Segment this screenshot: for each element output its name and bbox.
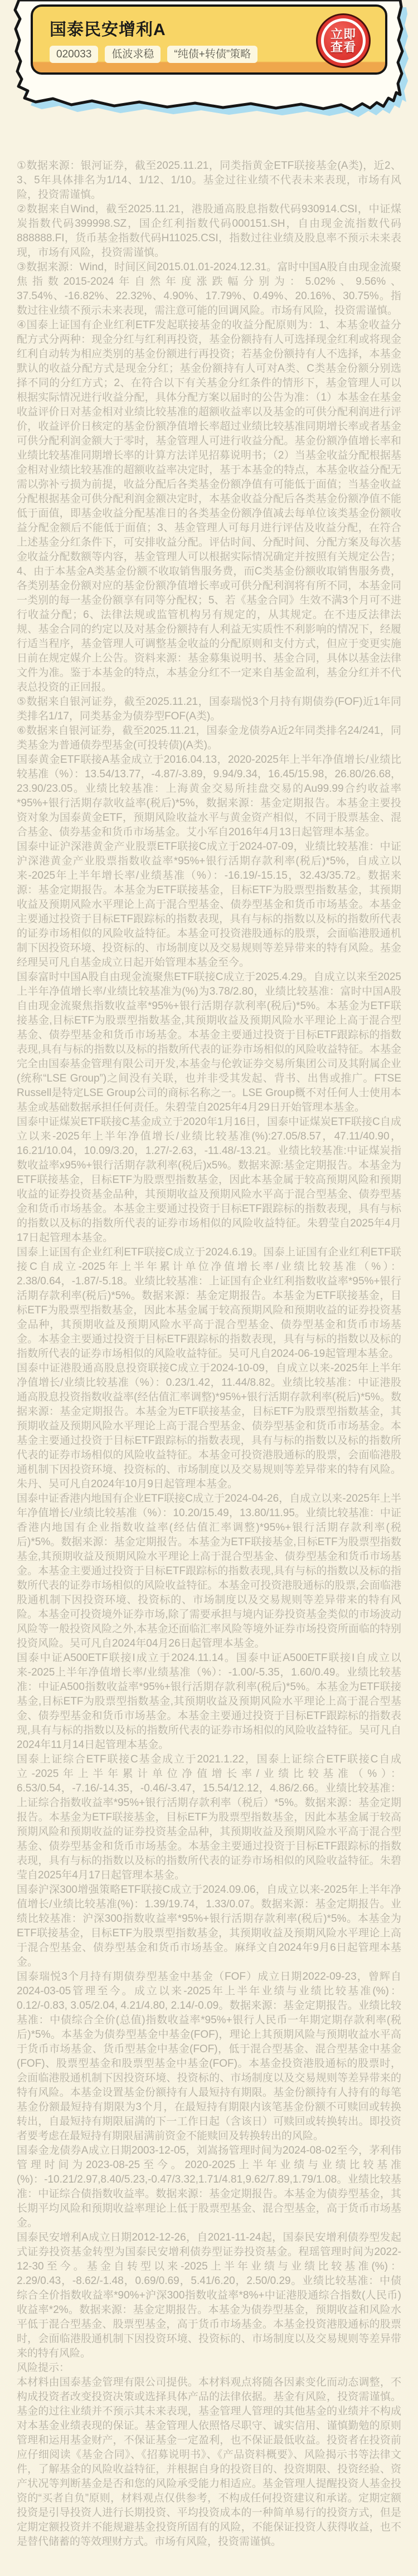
disclosure-text: ①数据来源：银河证券，截至2025.11.21，同类指黄金ETF联接基金(A类)… (17, 120, 401, 2549)
strategy-tag: “纯债+转债”策略 (167, 46, 257, 63)
fund-disclosure-hs300-enhanced-c: 国泰沪深300增强策略ETF联接C成立于2024.09.06，自成立以来-202… (17, 1883, 401, 1970)
view-now-label-line2: 查看 (330, 41, 356, 53)
page: 国泰民安增利A 020033 低波求稳 “纯债+转债”策略 立即 查看 ①数据来… (0, 0, 418, 2576)
footnote-5: ⑤数据来自银河证券，截至2025.11.21，国泰瑞悦3个月持有期债券(FOF)… (17, 695, 401, 724)
view-now-button-face: 立即 查看 (321, 18, 366, 63)
fund-disclosure-soe-dividend-c: 国泰上证国有企业红利ETF联接C成立于2024.6.19。国泰上证国有企业红利E… (17, 1245, 401, 1361)
footnote-4: ④国泰上证国有企业红利ETF发起联接基金的收益分配原则为：1、本基金收益分配方式… (17, 318, 401, 695)
torn-paper-header: 国泰民安增利A 020033 低波求稳 “纯债+转债”策略 立即 查看 (0, 0, 418, 120)
footnote-6: ⑥数据来自银河证券，截至2025.11.21，国泰金龙债券A近2年同类排名24/… (17, 724, 401, 753)
fund-disclosure-shp-gold-industry-c: 国泰中证沪深港黄金产业股票ETF联接C成立于2024-07-09，业绩比较基准：… (17, 840, 401, 970)
view-now-button[interactable]: 立即 查看 (316, 13, 371, 68)
fund-code-tag: 020033 (50, 46, 98, 63)
fund-disclosure-ruiyue-fof: 国泰瑞悦3个月持有期债券型基金中基金（FOF）成立日期2022-09-23，曾辉… (17, 1970, 401, 2144)
fund-card[interactable]: 国泰民安增利A 020033 低波求稳 “纯债+转债”策略 立即 查看 (31, 4, 387, 75)
risk-warning-heading: 风险提示： (17, 2361, 401, 2375)
risk-warning-body: 本材料由国泰基金管理有限公司提供。本材料观点将随各因素变化而动态调整，不构成投资… (17, 2375, 401, 2549)
fund-disclosure-ftse-cashflow-c: 国泰富时中国A股自由现金流聚焦ETF联接C成立于2025.4.29。自成立以来至… (17, 970, 401, 1115)
footnote-2: ②数据来自Wind，截至2025.11.21，港股通高股息指数代码930914.… (17, 202, 401, 260)
footnote-3: ③数据来源：Wind，时间区间2015.01.01-2024.12.31。富时中… (17, 260, 401, 318)
fund-disclosure-hk-mainland-soe-c: 国泰中证香港内地国有企业ETF联接C成立于2024-04-26，自成立以来-20… (17, 1492, 401, 1651)
footnote-1: ①数据来源：银河证券，截至2025.11.21，同类指黄金ETF联接基金(A类)… (17, 159, 401, 202)
fund-disclosure-gold-etf-a: 国泰黄金ETF联接A基金成立于2016.04.13，2020-2025年上半年净… (17, 753, 401, 840)
fund-disclosure-sse-composite-c: 国泰上证综合ETF联接C基金成立于2021.1.22，国泰上证综合ETF联接C自… (17, 1752, 401, 1883)
fund-disclosure-a500-i: 国泰中证A500ETF联接I成立于2024.11.14。国泰中证A500ETF联… (17, 1651, 401, 1752)
fund-disclosure-coal-etf-c: 国泰中证煤炭ETF联接C基金成立于2020年1月16日，国泰中证煤炭ETF联接C… (17, 1115, 401, 1245)
fund-disclosure-minan-zengli-a: 国泰民安增利A成立日期2012-12-26，自2021-11-24起，国泰民安增… (17, 2231, 401, 2361)
fund-disclosure-hk-high-dividend-c: 国泰中证港股通高股息投资联接C成立于2024-10-09，自成立以来-2025年… (17, 1361, 401, 1492)
view-now-label-line1: 立即 (330, 28, 356, 41)
low-volatility-tag: 低波求稳 (105, 46, 161, 63)
fund-disclosure-jinlong-bond-a: 国泰金龙债券A成立日期2003-12-05，刘嵩扬管理时间为2024-08-02… (17, 2144, 401, 2231)
